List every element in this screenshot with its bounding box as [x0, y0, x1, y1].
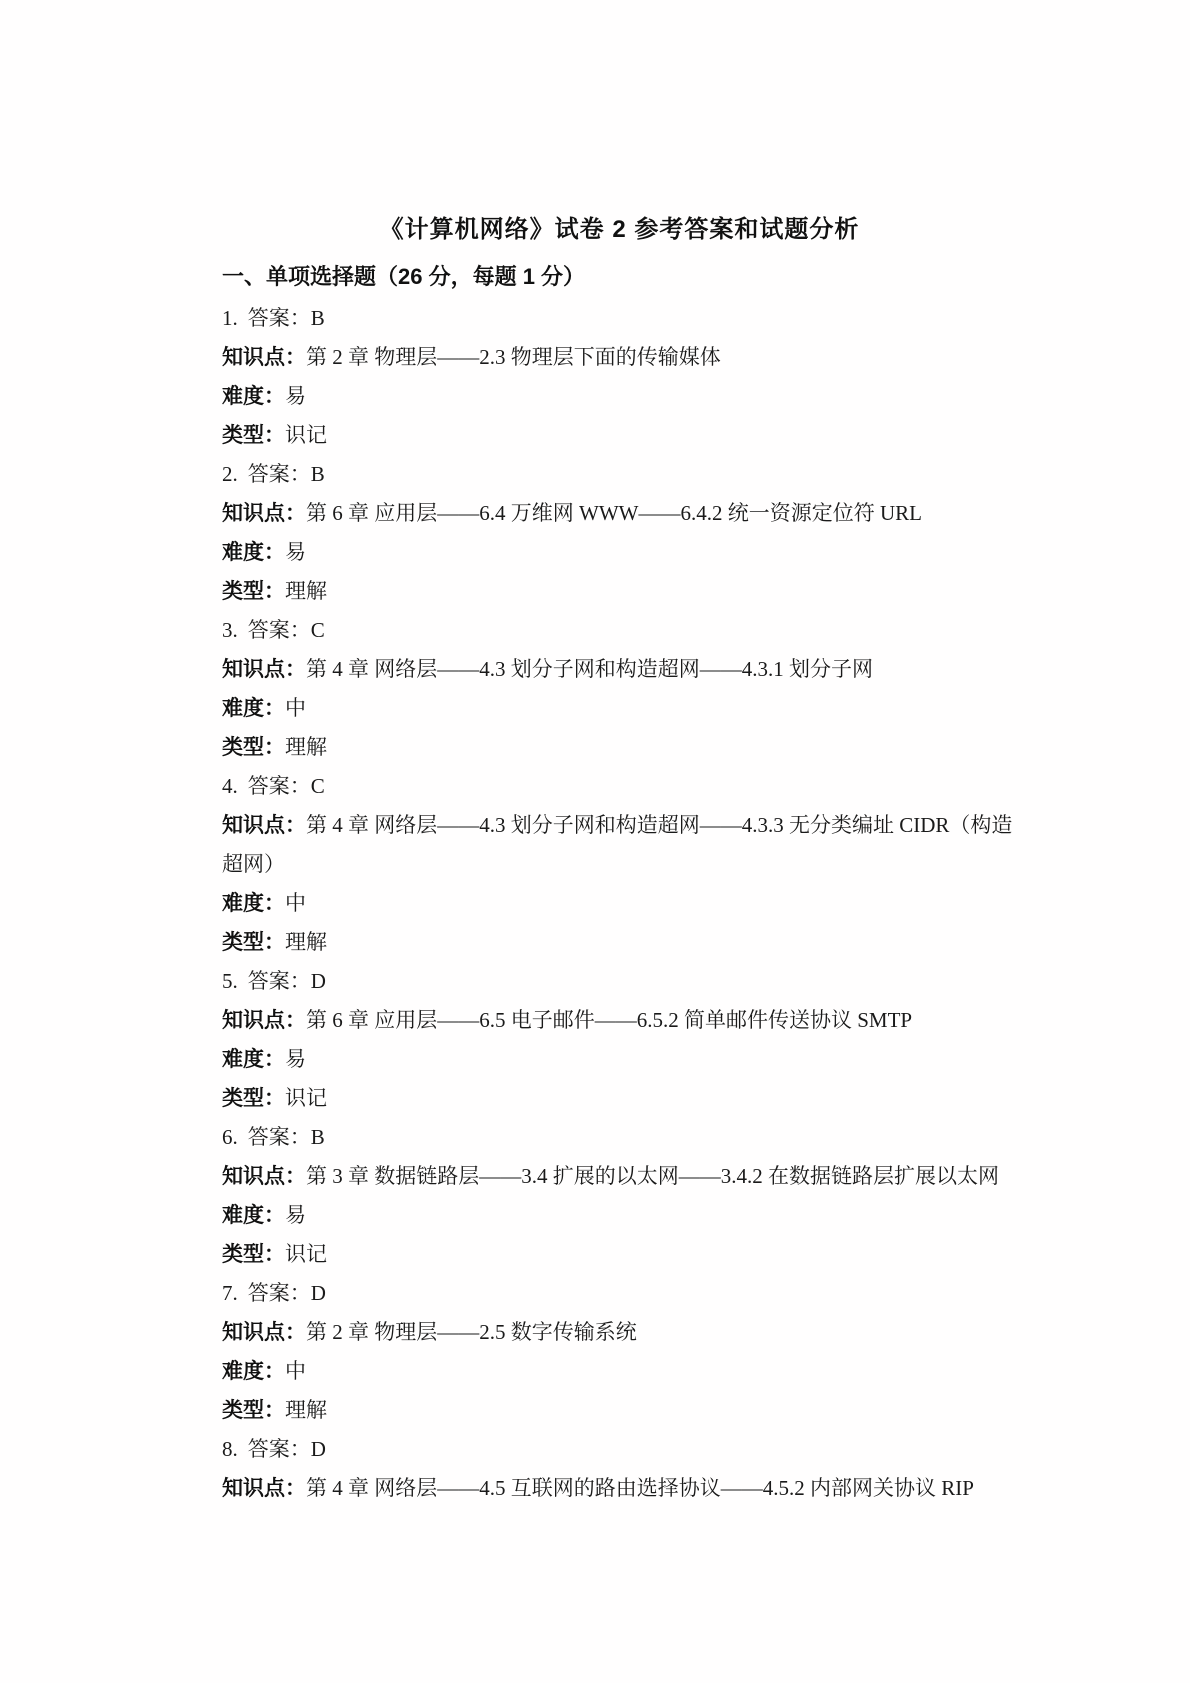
type-label: 类型： — [222, 931, 285, 954]
knowledge-line: 知识点：第 6 章 应用层——6.4 万维网 WWW——6.4.2 统一资源定位… — [222, 494, 1017, 533]
knowledge-label: 知识点： — [222, 1477, 306, 1500]
answer-value: D — [311, 1437, 326, 1461]
knowledge-line: 知识点：第 2 章 物理层——2.3 物理层下面的传输媒体 — [222, 338, 1017, 377]
type-value: 理解 — [285, 930, 327, 954]
knowledge-value: 第 2 章 物理层——2.5 数字传输系统 — [306, 1320, 637, 1344]
answer-label: 答案： — [248, 1281, 311, 1305]
type-line: 类型：理解 — [222, 1391, 1017, 1430]
question-block-2: 2.答案：B 知识点：第 6 章 应用层——6.4 万维网 WWW——6.4.2… — [222, 455, 1017, 611]
question-number: 5. — [222, 969, 238, 993]
knowledge-line: 知识点：第 4 章 网络层——4.5 互联网的路由选择协议——4.5.2 内部网… — [222, 1469, 1017, 1508]
answer-label: 答案： — [248, 1125, 311, 1149]
answer-line: 5.答案：D — [222, 962, 1017, 1001]
type-label: 类型： — [222, 736, 285, 759]
difficulty-line: 难度：易 — [222, 1040, 1017, 1079]
question-number: 2. — [222, 462, 238, 486]
type-value: 理解 — [285, 735, 327, 759]
difficulty-label: 难度： — [222, 541, 285, 564]
page-title: 《计算机网络》试卷 2 参考答案和试题分析 — [222, 214, 1017, 246]
answer-value: D — [311, 1281, 326, 1305]
knowledge-value: 第 6 章 应用层——6.4 万维网 WWW——6.4.2 统一资源定位符 UR… — [306, 501, 922, 525]
knowledge-label: 知识点： — [222, 1321, 306, 1344]
type-line: 类型：识记 — [222, 1079, 1017, 1118]
knowledge-label: 知识点： — [222, 658, 306, 681]
answer-label: 答案： — [248, 1437, 311, 1461]
knowledge-label: 知识点： — [222, 814, 306, 837]
knowledge-value: 第 4 章 网络层——4.5 互联网的路由选择协议——4.5.2 内部网关协议 … — [306, 1476, 974, 1500]
knowledge-value: 第 3 章 数据链路层——3.4 扩展的以太网——3.4.2 在数据链路层扩展以… — [306, 1164, 999, 1188]
difficulty-label: 难度： — [222, 1360, 285, 1383]
answer-label: 答案： — [248, 774, 311, 798]
document-content: 《计算机网络》试卷 2 参考答案和试题分析 一、单项选择题（26 分，每题 1 … — [222, 214, 1017, 1508]
answer-line: 7.答案：D — [222, 1274, 1017, 1313]
answer-line: 3.答案：C — [222, 611, 1017, 650]
answer-value: C — [311, 618, 325, 642]
knowledge-label: 知识点： — [222, 1165, 306, 1188]
question-block-5: 5.答案：D 知识点：第 6 章 应用层——6.5 电子邮件——6.5.2 简单… — [222, 962, 1017, 1118]
type-line: 类型：理解 — [222, 572, 1017, 611]
knowledge-line: 知识点：第 4 章 网络层——4.3 划分子网和构造超网——4.3.1 划分子网 — [222, 650, 1017, 689]
answer-line: 6.答案：B — [222, 1118, 1017, 1157]
question-block-1: 1.答案：B 知识点：第 2 章 物理层——2.3 物理层下面的传输媒体 难度：… — [222, 299, 1017, 455]
knowledge-label: 知识点： — [222, 346, 306, 369]
knowledge-line: 知识点：第 2 章 物理层——2.5 数字传输系统 — [222, 1313, 1017, 1352]
type-line: 类型：识记 — [222, 416, 1017, 455]
difficulty-label: 难度： — [222, 697, 285, 720]
answer-value: B — [311, 306, 325, 330]
type-label: 类型： — [222, 1087, 285, 1110]
difficulty-label: 难度： — [222, 1204, 285, 1227]
difficulty-value: 易 — [285, 1203, 306, 1227]
question-number: 8. — [222, 1437, 238, 1461]
question-block-7: 7.答案：D 知识点：第 2 章 物理层——2.5 数字传输系统 难度：中 类型… — [222, 1274, 1017, 1430]
answer-label: 答案： — [248, 462, 311, 486]
knowledge-label: 知识点： — [222, 1009, 306, 1032]
type-line: 类型：识记 — [222, 1235, 1017, 1274]
question-block-6: 6.答案：B 知识点：第 3 章 数据链路层——3.4 扩展的以太网——3.4.… — [222, 1118, 1017, 1274]
difficulty-value: 易 — [285, 1047, 306, 1071]
type-value: 识记 — [285, 1242, 327, 1266]
question-number: 6. — [222, 1125, 238, 1149]
answer-line: 2.答案：B — [222, 455, 1017, 494]
section-heading: 一、单项选择题（26 分，每题 1 分） — [222, 262, 1017, 292]
difficulty-value: 易 — [285, 384, 306, 408]
type-line: 类型：理解 — [222, 728, 1017, 767]
difficulty-value: 中 — [285, 1359, 306, 1383]
answer-line: 4.答案：C — [222, 767, 1017, 806]
document-page: 《计算机网络》试卷 2 参考答案和试题分析 一、单项选择题（26 分，每题 1 … — [0, 0, 1190, 1683]
knowledge-line: 知识点：第 3 章 数据链路层——3.4 扩展的以太网——3.4.2 在数据链路… — [222, 1157, 1017, 1196]
difficulty-value: 中 — [285, 891, 306, 915]
knowledge-line: 知识点：第 6 章 应用层——6.5 电子邮件——6.5.2 简单邮件传送协议 … — [222, 1001, 1017, 1040]
difficulty-value: 易 — [285, 540, 306, 564]
question-list: 1.答案：B 知识点：第 2 章 物理层——2.3 物理层下面的传输媒体 难度：… — [222, 299, 1017, 1508]
question-number: 1. — [222, 306, 238, 330]
difficulty-line: 难度：易 — [222, 377, 1017, 416]
knowledge-value: 第 4 章 网络层——4.3 划分子网和构造超网——4.3.3 无分类编址 CI… — [222, 813, 1012, 876]
question-block-8: 8.答案：D 知识点：第 4 章 网络层——4.5 互联网的路由选择协议——4.… — [222, 1430, 1017, 1508]
knowledge-value: 第 2 章 物理层——2.3 物理层下面的传输媒体 — [306, 345, 721, 369]
type-line: 类型：理解 — [222, 923, 1017, 962]
answer-line: 8.答案：D — [222, 1430, 1017, 1469]
difficulty-line: 难度：易 — [222, 1196, 1017, 1235]
knowledge-value: 第 6 章 应用层——6.5 电子邮件——6.5.2 简单邮件传送协议 SMTP — [306, 1008, 912, 1032]
type-value: 理解 — [285, 1398, 327, 1422]
answer-label: 答案： — [248, 969, 311, 993]
answer-value: B — [311, 462, 325, 486]
answer-label: 答案： — [248, 618, 311, 642]
difficulty-line: 难度：中 — [222, 884, 1017, 923]
knowledge-label: 知识点： — [222, 502, 306, 525]
answer-value: B — [311, 1125, 325, 1149]
difficulty-line: 难度：易 — [222, 533, 1017, 572]
type-label: 类型： — [222, 1399, 285, 1422]
difficulty-label: 难度： — [222, 892, 285, 915]
type-value: 识记 — [285, 423, 327, 447]
answer-label: 答案： — [248, 306, 311, 330]
difficulty-line: 难度：中 — [222, 1352, 1017, 1391]
knowledge-value: 第 4 章 网络层——4.3 划分子网和构造超网——4.3.1 划分子网 — [306, 657, 873, 681]
difficulty-label: 难度： — [222, 1048, 285, 1071]
difficulty-value: 中 — [285, 696, 306, 720]
type-label: 类型： — [222, 580, 285, 603]
knowledge-line: 知识点：第 4 章 网络层——4.3 划分子网和构造超网——4.3.3 无分类编… — [222, 806, 1017, 884]
question-block-4: 4.答案：C 知识点：第 4 章 网络层——4.3 划分子网和构造超网——4.3… — [222, 767, 1017, 962]
question-number: 7. — [222, 1281, 238, 1305]
question-block-3: 3.答案：C 知识点：第 4 章 网络层——4.3 划分子网和构造超网——4.3… — [222, 611, 1017, 767]
type-value: 识记 — [285, 1086, 327, 1110]
type-value: 理解 — [285, 579, 327, 603]
difficulty-line: 难度：中 — [222, 689, 1017, 728]
type-label: 类型： — [222, 1243, 285, 1266]
question-number: 3. — [222, 618, 238, 642]
question-number: 4. — [222, 774, 238, 798]
difficulty-label: 难度： — [222, 385, 285, 408]
answer-value: D — [311, 969, 326, 993]
answer-line: 1.答案：B — [222, 299, 1017, 338]
answer-value: C — [311, 774, 325, 798]
type-label: 类型： — [222, 424, 285, 447]
